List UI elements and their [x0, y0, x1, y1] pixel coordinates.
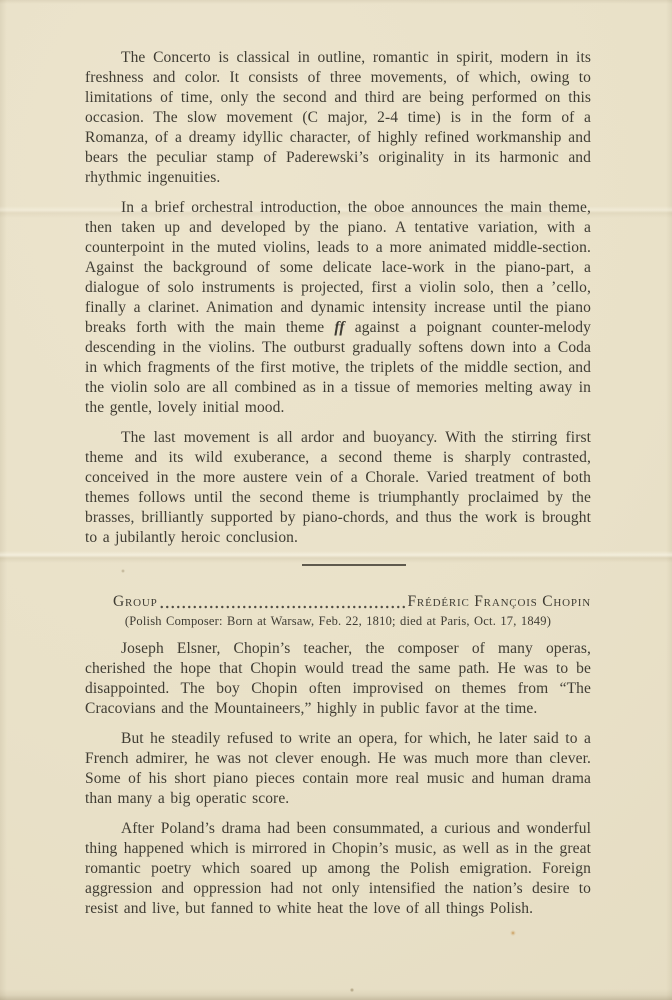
paragraph-concerto-slow-movement: In a brief orchestral introduction, the …: [85, 198, 591, 418]
paragraph-concerto-finale: The last movement is all ardor and buoya…: [85, 428, 591, 548]
group-heading-line: Group Frédéric François Chopin: [113, 592, 591, 611]
section-divider-rule: [302, 564, 406, 566]
dotted-leader: [159, 592, 407, 611]
paragraph-chopin-poland: After Poland’s drama had been consummate…: [85, 819, 591, 919]
paragraph-chopin-elsner: Joseph Elsner, Chopin’s teacher, the com…: [85, 639, 591, 719]
fortissimo-marking: ff: [334, 319, 344, 336]
page-content: The Concerto is classical in outline, ro…: [0, 0, 672, 919]
paragraph-concerto-overview: The Concerto is classical in outline, ro…: [85, 48, 591, 188]
paragraph-text-before-ff: In a brief orchestral introduction, the …: [85, 199, 591, 336]
composer-name: Frédéric François Chopin: [408, 592, 591, 611]
group-label: Group: [113, 592, 158, 611]
composer-dates: (Polish Composer: Born at Warsaw, Feb. 2…: [85, 613, 591, 629]
paragraph-chopin-opera: But he steadily refused to write an oper…: [85, 729, 591, 809]
program-page: The Concerto is classical in outline, ro…: [0, 0, 672, 1000]
